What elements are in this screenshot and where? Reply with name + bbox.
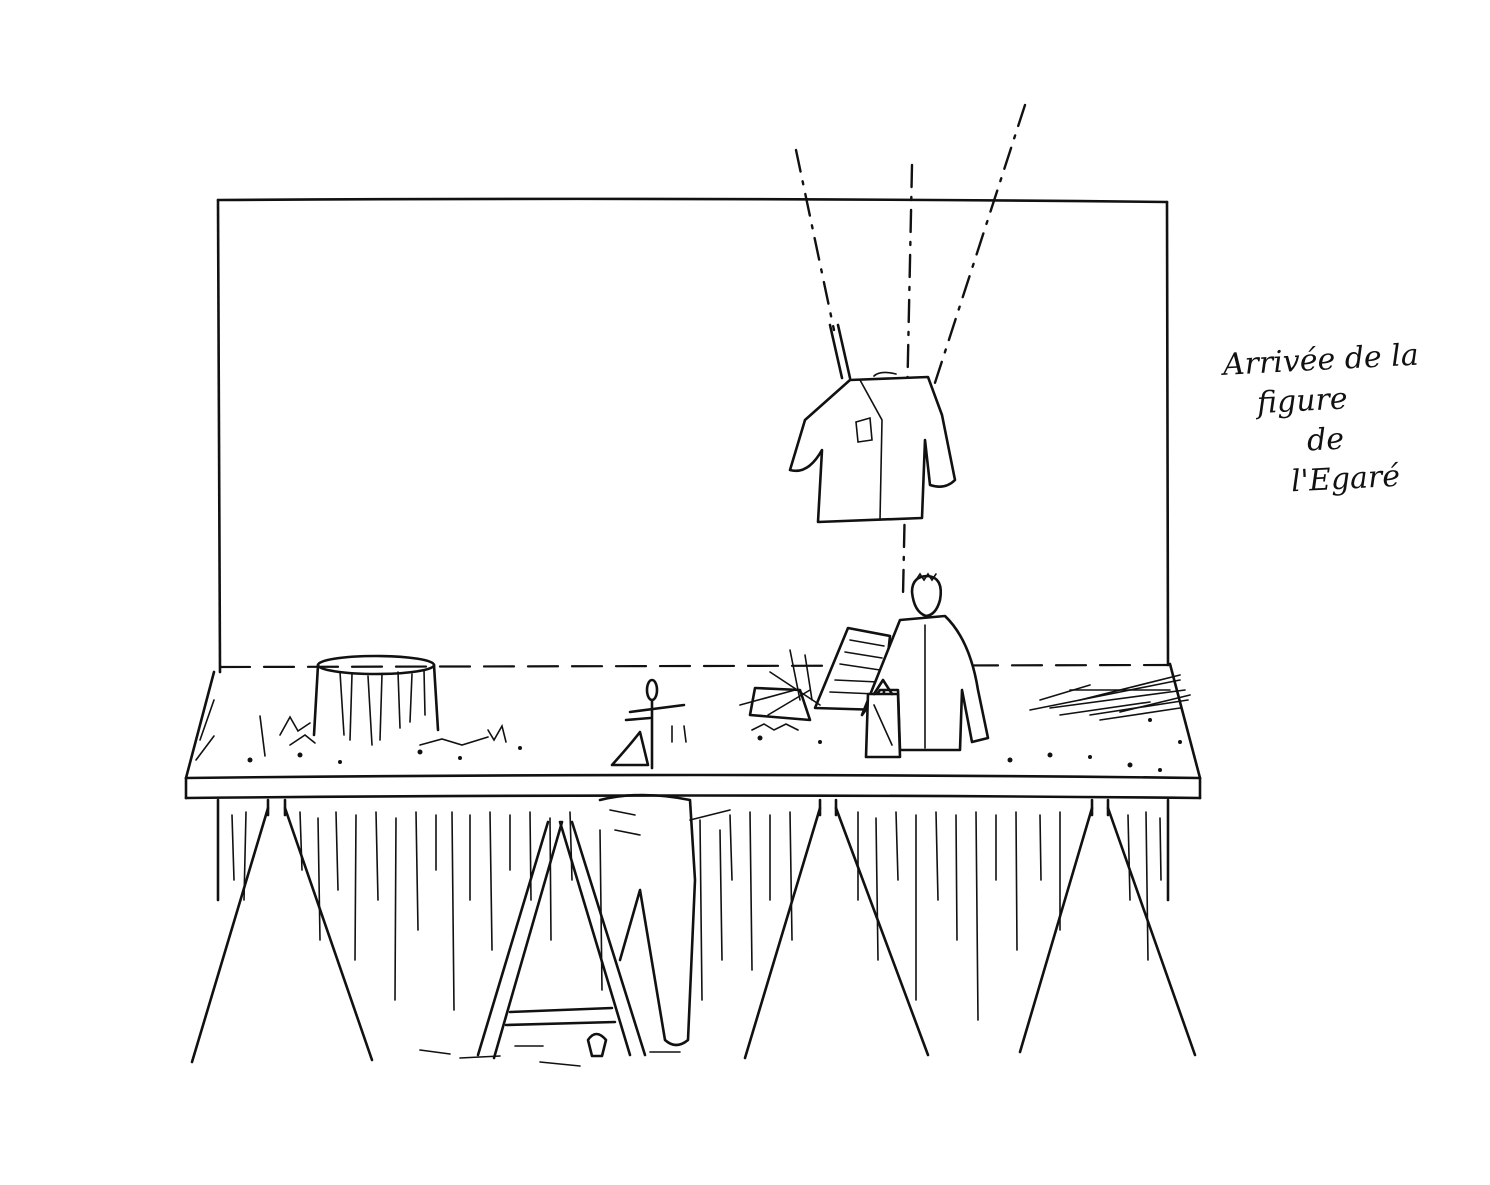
backdrop-screen	[218, 199, 1168, 672]
stage-platform	[186, 664, 1200, 798]
handwritten-caption: Arrivée de la figure de l'Egaré	[1222, 334, 1450, 505]
stepladder	[478, 822, 645, 1058]
hanging-coat	[790, 325, 955, 522]
straw-pile	[1030, 675, 1190, 720]
stage-sketch	[0, 0, 1490, 1185]
man-with-lantern	[862, 574, 988, 757]
tree-stump	[196, 656, 506, 760]
small-figure	[612, 680, 686, 768]
